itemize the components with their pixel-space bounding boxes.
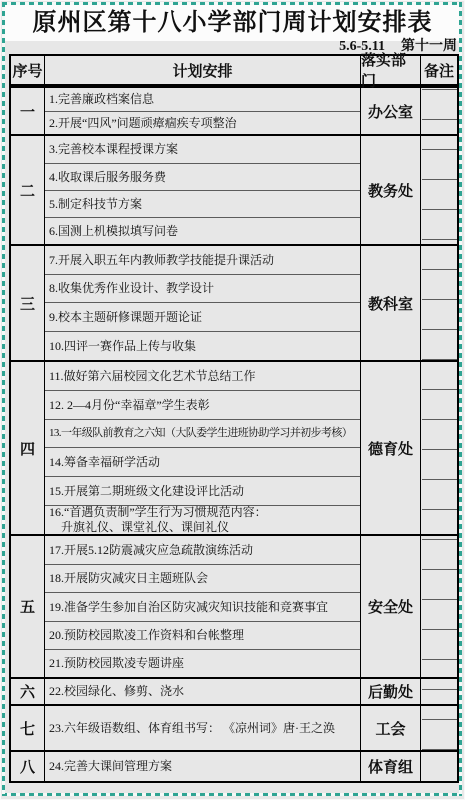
department-cell: 教务处 [361, 136, 421, 244]
section-index-cell: 七 [11, 706, 45, 750]
remark-cell [421, 88, 457, 134]
section-index-cell: 一 [11, 88, 45, 134]
title-band: 原州区第十八小学部门周计划安排表 [5, 4, 460, 41]
table-header-row: 序号 计划安排 落实部门 备注 [11, 56, 457, 86]
section-index-cell: 二 [11, 136, 45, 244]
plan-item-cell: 13.一年级队前教育之六知（大队委学生进班协助学习并初步考核） [45, 419, 360, 447]
plan-items-column: 11.做好第六届校园文化艺术节总结工作 12. 2—4月份“幸福章”学生表彰 1… [45, 362, 361, 534]
remark-cell [421, 752, 457, 781]
remark-cell [421, 679, 457, 704]
header-cell-remark: 备注 [421, 56, 457, 84]
plan-item-cell: 24.完善大课间管理方案 [45, 752, 360, 781]
weekly-plan-sheet: 原州区第十八小学部门周计划安排表 5.6-5.11 第十一周 序号 计划安排 落… [0, 0, 465, 800]
plan-item-cell: 15.开展第二期班级文化建设评比活动 [45, 476, 360, 505]
plan-item-cell: 20.预防校园欺凌工作资料和台帐整理 [45, 621, 360, 649]
remark-cell [421, 362, 457, 534]
plan-item-cell: 6.国测上机模拟填写问卷 [45, 217, 360, 244]
selection-border-left-icon [2, 2, 5, 796]
section-index-cell: 六 [11, 679, 45, 704]
section-row-5: 五 17.开展5.12防震减灾应急疏散演练活动 18.开展防灾减灾日主题班队会 … [11, 534, 457, 677]
section-index-cell: 四 [11, 362, 45, 534]
department-cell: 工会 [361, 706, 421, 750]
plan-items-column: 23.六年级语数组、体育组书写： 《凉州词》唐·王之涣 [45, 706, 361, 750]
plan-item-cell: 23.六年级语数组、体育组书写： 《凉州词》唐·王之涣 [45, 706, 360, 750]
plan-item-cell: 19.准备学生参加自治区防灾减灾知识技能和竞赛事宜 [45, 592, 360, 621]
plan-item-cell: 9.校本主题研修课题开题论证 [45, 302, 360, 331]
section-row-4: 四 11.做好第六届校园文化艺术节总结工作 12. 2—4月份“幸福章”学生表彰… [11, 360, 457, 534]
remark-cell [421, 536, 457, 677]
header-cell-department: 落实部门 [361, 56, 421, 84]
plan-item-cell: 2.开展“四风”问题顽瘴痼疾专项整治 [45, 111, 360, 134]
header-cell-index: 序号 [11, 56, 45, 84]
plan-items-column: 24.完善大课间管理方案 [45, 752, 361, 781]
plan-item-cell: 16.“首遇负责制”学生行为习惯规范内容： 升旗礼仪、课堂礼仪、课间礼仪 [45, 505, 360, 534]
section-row-6: 六 22.校园绿化、修剪、浇水 后勤处 [11, 677, 457, 704]
plan-items-column: 22.校园绿化、修剪、浇水 [45, 679, 361, 704]
plan-items-column: 7.开展入职五年内教师教学技能提升课活动 8.收集优秀作业设计、教学设计 9.校… [45, 246, 361, 360]
section-index-cell: 三 [11, 246, 45, 360]
department-cell: 教科室 [361, 246, 421, 360]
section-row-7: 七 23.六年级语数组、体育组书写： 《凉州词》唐·王之涣 工会 [11, 704, 457, 750]
plan-item-cell: 18.开展防灾减灾日主题班队会 [45, 564, 360, 592]
plan-item-cell: 14.筹备幸福研学活动 [45, 447, 360, 476]
section-index-cell: 八 [11, 752, 45, 781]
plan-item-cell: 21.预防校园欺凌专题讲座 [45, 649, 360, 677]
department-cell: 安全处 [361, 536, 421, 677]
section-row-3: 三 7.开展入职五年内教师教学技能提升课活动 8.收集优秀作业设计、教学设计 9… [11, 244, 457, 360]
plan-item-cell: 12. 2—4月份“幸福章”学生表彰 [45, 390, 360, 419]
page-title: 原州区第十八小学部门周计划安排表 [33, 11, 433, 35]
remark-cell [421, 246, 457, 360]
plan-item-cell: 17.开展5.12防震减灾应急疏散演练活动 [45, 536, 360, 564]
plan-item-cell: 3.完善校本课程授课方案 [45, 136, 360, 163]
selection-border-right-icon [459, 2, 462, 796]
department-cell: 后勤处 [361, 679, 421, 704]
plan-item-cell: 22.校园绿化、修剪、浇水 [45, 679, 360, 704]
department-cell: 办公室 [361, 88, 421, 134]
department-cell: 德育处 [361, 362, 421, 534]
remark-cell [421, 136, 457, 244]
plan-table: 序号 计划安排 落实部门 备注 一 1.完善廉政档案信息 2.开展“四风”问题顽… [9, 54, 459, 783]
selection-border-bottom-icon [2, 793, 462, 796]
department-cell: 体育组 [361, 752, 421, 781]
plan-item-cell: 10.四评一赛作品上传与收集 [45, 331, 360, 360]
plan-item-cell: 1.完善廉政档案信息 [45, 88, 360, 111]
section-index-cell: 五 [11, 536, 45, 677]
plan-items-column: 17.开展5.12防震减灾应急疏散演练活动 18.开展防灾减灾日主题班队会 19… [45, 536, 361, 677]
remark-cell [421, 706, 457, 750]
section-row-8: 八 24.完善大课间管理方案 体育组 [11, 750, 457, 781]
plan-item-cell: 11.做好第六届校园文化艺术节总结工作 [45, 362, 360, 390]
plan-item-cell: 4.收取课后服务服务费 [45, 163, 360, 190]
selection-border-top-icon [2, 2, 462, 5]
plan-item-cell: 5.制定科技节方案 [45, 190, 360, 217]
section-row-1: 一 1.完善廉政档案信息 2.开展“四风”问题顽瘴痼疾专项整治 办公室 [11, 86, 457, 134]
plan-item-cell: 8.收集优秀作业设计、教学设计 [45, 274, 360, 302]
plan-items-column: 1.完善廉政档案信息 2.开展“四风”问题顽瘴痼疾专项整治 [45, 88, 361, 134]
header-cell-plan: 计划安排 [45, 56, 361, 84]
plan-item-cell: 7.开展入职五年内教师教学技能提升课活动 [45, 246, 360, 274]
plan-items-column: 3.完善校本课程授课方案 4.收取课后服务服务费 5.制定科技节方案 6.国测上… [45, 136, 361, 244]
section-row-2: 二 3.完善校本课程授课方案 4.收取课后服务服务费 5.制定科技节方案 6.国… [11, 134, 457, 244]
